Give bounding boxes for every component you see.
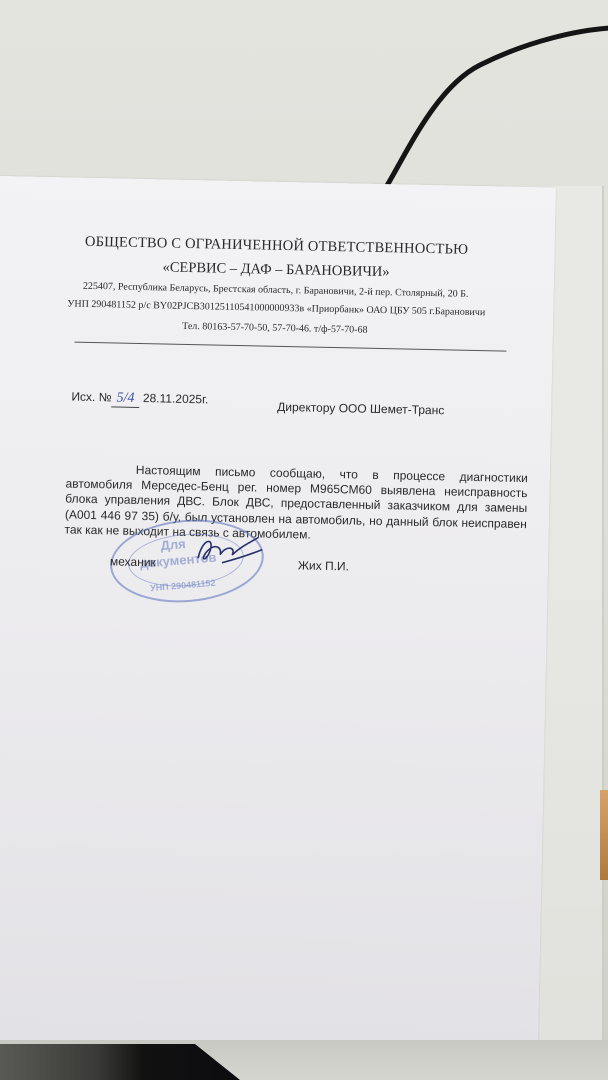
outgoing-label: Исх. № [71, 390, 111, 405]
wood-edge [600, 790, 608, 880]
outgoing-number-value: 5/4 [111, 390, 139, 408]
outgoing-date: 28.11.2025г. [143, 391, 209, 406]
letter-document: ОБЩЕСТВО С ОГРАНИЧЕННОЙ ОТВЕТСТВЕННОСТЬЮ… [0, 176, 556, 1057]
header-divider [75, 342, 507, 352]
signer-role: механик [110, 554, 156, 569]
company-name-line1: ОБЩЕСТВО С ОГРАНИЧЕННОЙ ОТВЕТСТВЕННОСТЬЮ [0, 232, 555, 261]
signature-icon [192, 532, 273, 570]
outgoing-number: Исх. №5/4 28.11.2025г. [71, 390, 208, 410]
company-phones: Тел. 80163-57-70-50, 57-70-46. т/ф-57-70… [0, 317, 553, 340]
addressee: Директору ООО Шемет-Транс [277, 400, 444, 417]
company-bank-details: УНП 290481152 р/с BY02PJCB30125110541000… [67, 298, 547, 319]
signer-name: Жих П.И. [298, 558, 349, 573]
stamp-top-text: Для [160, 536, 186, 553]
